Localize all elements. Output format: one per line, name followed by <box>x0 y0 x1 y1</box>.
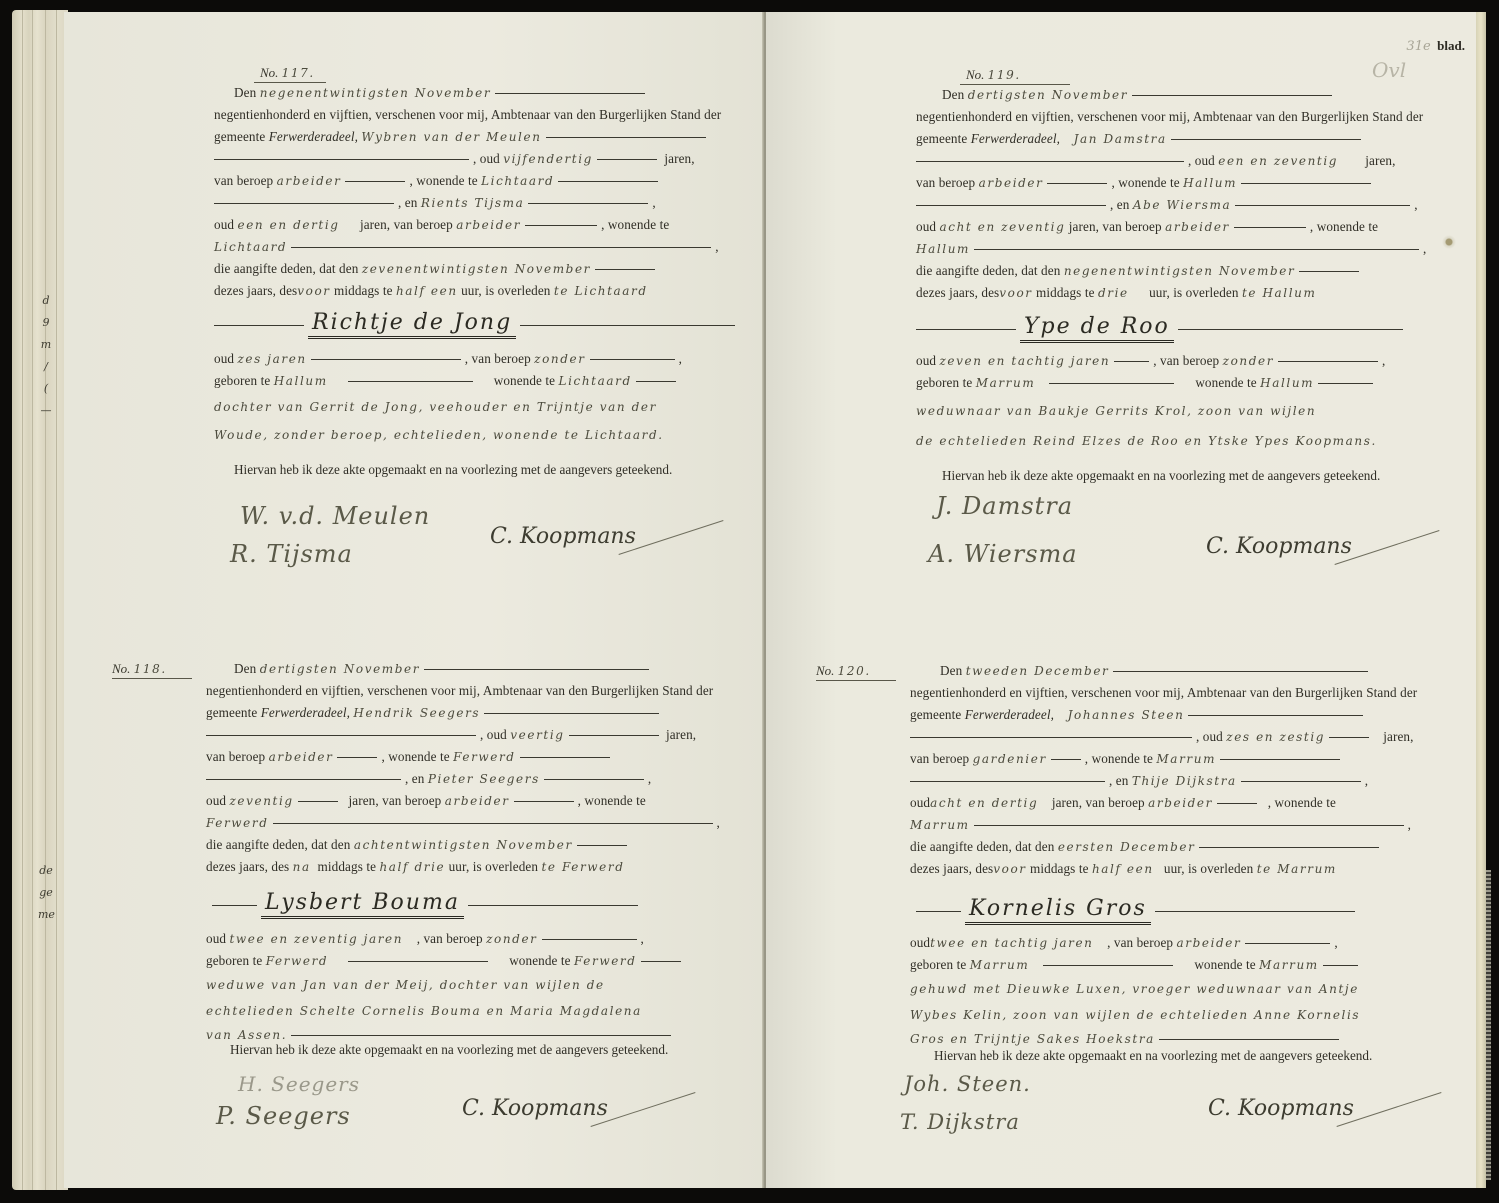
relations-line: echtelieden Schelte Cornelis Bouma en Ma… <box>206 1000 642 1022</box>
preamble-line: negentienhonderd en vijftien, verschenen… <box>214 104 721 126</box>
informant1-signature: Joh. Steen. <box>904 1072 1031 1096</box>
record-number: No. 119. <box>966 64 1021 86</box>
right-page-edges <box>1476 12 1486 1188</box>
relations-line: dochter van Gerrit de Jong, veehouder en… <box>214 396 657 418</box>
death-time-line: dezes jaars, des na middags te half drie… <box>206 856 625 878</box>
informant1-name-line: gemeente Ferwerderadeel, Wybren van der … <box>214 126 710 148</box>
deceased-age-line: oud twee en zeventig jaren , van beroep … <box>206 928 644 950</box>
informant1-signature: H. Seegers <box>238 1072 360 1096</box>
deceased-birth-line: geboren te Ferwerd wonende te Ferwerd <box>206 950 685 972</box>
death-record-120: No. 120. Den tweeden December negentienh… <box>816 660 1446 1160</box>
death-time-line: dezes jaars, desvoor middags te half een… <box>910 858 1337 880</box>
informant2-name-line: , en Abe Wiersma, <box>916 194 1418 216</box>
closing-statement: Hiervan heb ik deze akte opgemaakt en na… <box>934 1048 1372 1064</box>
informant2-name-line: , en Rients Tijsma, <box>214 192 656 214</box>
margin-note-bottom: de ge me <box>38 860 54 926</box>
death-date-line: die aangifte deden, dat den negenentwint… <box>916 260 1363 282</box>
informant2-name-line: , en Pieter Seegers, <box>206 768 651 790</box>
informant1-name-line: gemeente Ferwerderadeel, Johannes Steen <box>910 704 1367 726</box>
deceased-name: Ype de Roo <box>916 314 1407 343</box>
informant1-occupation-line: van beroep gardenier, wonende te Marrum <box>910 748 1344 770</box>
informant2-residence-line: Marrum, <box>910 814 1411 836</box>
margin-note-top: d 9 m / ( — <box>38 290 54 422</box>
record-date-line: Den tweeden December <box>940 660 1372 682</box>
informant1-age-line: , oud veertig jaren, <box>206 724 696 746</box>
informant2-age-line: oud zeventig jaren, van beroep arbeider,… <box>206 790 646 812</box>
deceased-age-line: oud zeven en tachtig jaren, van beroep z… <box>916 350 1385 372</box>
deceased-name: Kornelis Gros <box>910 896 1359 925</box>
registrar-signature: C. Koopmans <box>462 1096 698 1121</box>
informant2-residence-line: Lichtaard, <box>214 236 719 258</box>
deceased-birth-line: geboren te Hallum wonende te Lichtaard <box>214 370 680 392</box>
death-date-line: die aangifte deden, dat den achtentwinti… <box>206 834 631 856</box>
registrar-signature: C. Koopmans <box>490 524 726 549</box>
record-date-line: Den dertigsten November <box>234 658 653 680</box>
informant2-signature: P. Seegers <box>216 1102 351 1130</box>
death-date-line: die aangifte deden, dat den eersten Dece… <box>910 836 1383 858</box>
death-time-line: dezes jaars, desvoor middags te half een… <box>214 280 648 302</box>
closing-statement: Hiervan heb ik deze akte opgemaakt en na… <box>230 1042 668 1058</box>
death-time-line: dezes jaars, desvoor middags te drie uur… <box>916 282 1317 304</box>
relations-line: gehuwd met Dieuwke Luxen, vroeger weduwn… <box>910 978 1359 1000</box>
record-date-line: Den negenentwintigsten November <box>234 82 649 104</box>
informant2-age-line: oudacht en dertig jaren, van beroep arbe… <box>910 792 1336 814</box>
deceased-birth-line: geboren te Marrum wonende te Marrum <box>910 954 1362 976</box>
death-record-117: No. 117. Den negenentwintigsten November… <box>214 62 729 622</box>
deceased-name: Lysbert Bouma <box>206 890 642 919</box>
record-number: No. 117. <box>260 62 315 84</box>
informant2-age-line: oud acht en zeventig jaren, van beroep a… <box>916 216 1378 238</box>
record-number: No. 120. <box>816 660 871 682</box>
relations-line: Gros en Trijntje Sakes Hoekstra <box>910 1028 1343 1050</box>
deceased-age-line: oudtwee en tachtig jaren , van beroep ar… <box>910 932 1338 954</box>
informant1-signature: W. v.d. Meulen <box>240 502 430 530</box>
registrar-signature: C. Koopmans <box>1208 1096 1444 1121</box>
informant2-signature: A. Wiersma <box>928 540 1078 568</box>
informant2-age-line: oud een en dertig jaren, van beroep arbe… <box>214 214 669 236</box>
informant2-name-line: , en Thije Dijkstra, <box>910 770 1368 792</box>
left-page-edges <box>12 10 68 1190</box>
informant1-occupation-line: van beroep arbeider, wonende te Lichtaar… <box>214 170 662 192</box>
deceased-age-line: oud zes jaren, van beroep zonder, <box>214 348 682 370</box>
closing-statement: Hiervan heb ik deze akte opgemaakt en na… <box>234 462 672 478</box>
preamble-line: negentienhonderd en vijftien, verschenen… <box>916 106 1423 128</box>
deceased-name: Richtje de Jong <box>214 310 739 339</box>
death-date-line: die aangifte deden, dat den zevenentwint… <box>214 258 659 280</box>
informant1-occupation-line: van beroep arbeider, wonende te Ferwerd <box>206 746 614 768</box>
deceased-birth-line: geboren te Marrum wonende te Hallum <box>916 372 1377 394</box>
preamble-line: negentienhonderd en vijftien, verschenen… <box>910 682 1417 704</box>
relations-line: Wybes Kelin, zoon van wijlen de echtelie… <box>910 1004 1360 1026</box>
informant2-signature: T. Dijkstra <box>900 1110 1020 1134</box>
informant2-residence-line: Ferwerd, <box>206 812 720 834</box>
relations-line: de echtelieden Reind Elzes de Roo en Yts… <box>916 430 1377 452</box>
informant1-name-line: gemeente Ferwerderadeel, Hendrik Seegers <box>206 702 663 724</box>
record-number: No. 118. <box>112 658 167 680</box>
informant1-occupation-line: van beroep arbeider, wonende te Hallum <box>916 172 1375 194</box>
preamble-line: negentienhonderd en vijftien, verschenen… <box>206 680 713 702</box>
book-binding-edge <box>1486 870 1491 1180</box>
registrar-signature: C. Koopmans <box>1206 534 1442 559</box>
relations-line: weduwe van Jan van der Meij, dochter van… <box>206 974 605 996</box>
informant1-name-line: gemeente Ferwerderadeel, Jan Damstra <box>916 128 1365 150</box>
closing-statement: Hiervan heb ik deze akte opgemaakt en na… <box>942 468 1380 484</box>
informant1-age-line: , oud vijfendertig jaren, <box>214 148 695 170</box>
record-date-line: Den dertigsten November <box>942 84 1336 106</box>
death-record-118: No. 118. Den dertigsten November negenti… <box>112 658 732 1138</box>
page-number: 31e blad. <box>1406 38 1465 54</box>
open-register-book: d 9 m / ( — de ge me 31e blad. Ovl No. 1… <box>0 0 1499 1203</box>
informant2-signature: R. Tijsma <box>230 540 353 568</box>
death-record-119: No. 119. Den dertigsten November negenti… <box>916 64 1446 624</box>
relations-line: Woude, zonder beroep, echtelieden, wonen… <box>214 424 664 446</box>
informant1-signature: J. Damstra <box>936 492 1073 520</box>
informant1-age-line: , oud zes en zestig jaren, <box>910 726 1414 748</box>
informant2-residence-line: Hallum, <box>916 238 1426 260</box>
informant1-age-line: , oud een en zeventig jaren, <box>916 150 1396 172</box>
relations-line: weduwnaar van Baukje Gerrits Krol, zoon … <box>916 400 1316 422</box>
